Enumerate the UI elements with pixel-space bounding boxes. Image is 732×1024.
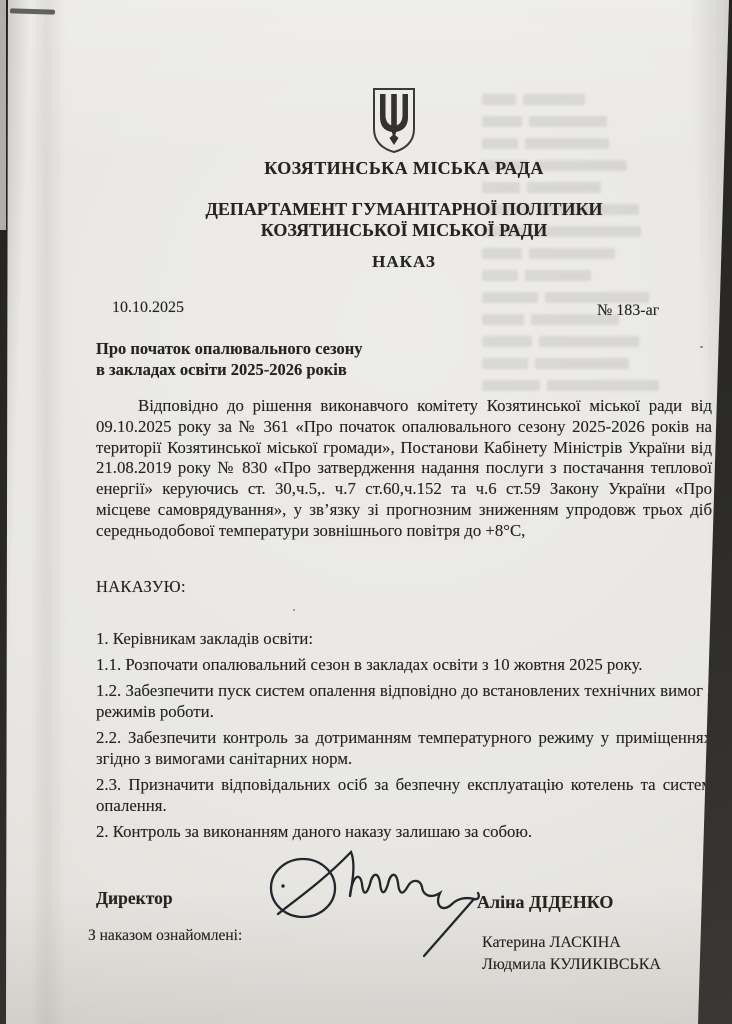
underlying-page-edge [0,0,6,230]
document-type: НАКАЗ [96,252,712,272]
staple-mark [10,8,55,14]
paper-speck [293,609,295,611]
department-line-1: ДЕПАРТАМЕНТ ГУМАНІТАРНОЇ ПОЛІТИКИ [96,199,712,220]
subject-line-1: Про початок опалювального сезону [96,338,363,359]
order-item-2-3: 2.3. Призначити відповідальних осіб за б… [96,774,712,816]
ack-name-2: Людмила КУЛИКІВСЬКА [482,954,661,976]
acknowledgement-names: Катерина ЛАСКІНА Людмила КУЛИКІВСЬКА [482,932,661,976]
document-photo: КОЗЯТИНСЬКА МІСЬКА РАДА ДЕПАРТАМЕНТ ГУМА… [0,0,732,1024]
order-item-2-2: 2.2. Забезпечити контроль за дотриманням… [96,727,712,769]
ack-name-1: Катерина ЛАСКІНА [482,932,661,954]
preamble-paragraph: Відповідно до рішення виконавчого коміте… [96,396,712,542]
paper-sheet: КОЗЯТИНСЬКА МІСЬКА РАДА ДЕПАРТАМЕНТ ГУМА… [0,0,732,1024]
acknowledgement-label: З наказом ознайомлені: [88,927,242,945]
order-item-1-1: 1.1. Розпочати опалювальний сезон в закл… [96,654,712,675]
order-item-1: 1. Керівникам закладів освіти: [96,628,712,649]
paper-speck [700,346,703,348]
organization-name: КОЗЯТИНСЬКА МІСЬКА РАДА [96,158,712,179]
order-items: 1. Керівникам закладів освіти: 1.1. Розп… [96,628,712,847]
bleed-through-line [482,374,672,396]
subject-line-2: в закладах освіти 2025-2026 років [96,359,363,380]
document-date: 10.10.2025 [112,299,184,317]
bleed-through-line [482,352,672,374]
subject-heading: Про початок опалювального сезону в закла… [96,338,363,380]
bleed-through-line [482,110,672,132]
bleed-through-line [482,132,672,154]
department-line-2: КОЗЯТИНСЬКОЇ МІСЬКОЇ РАДИ [96,220,712,241]
bleed-through-line [482,88,672,110]
signer-name: Аліна ДІДЕНКО [477,892,613,913]
handwritten-signature [253,836,485,968]
signer-title: Директор [96,888,173,909]
bleed-through-text [482,88,672,396]
order-item-1-2: 1.2. Забезпечити пуск систем опалення ві… [96,680,712,722]
bleed-through-line [482,176,672,198]
document-number: № 183-аг [597,302,659,320]
bleed-through-line [482,330,672,352]
trident-emblem-icon [371,87,417,153]
order-heading: НАКАЗУЮ: [96,577,186,597]
